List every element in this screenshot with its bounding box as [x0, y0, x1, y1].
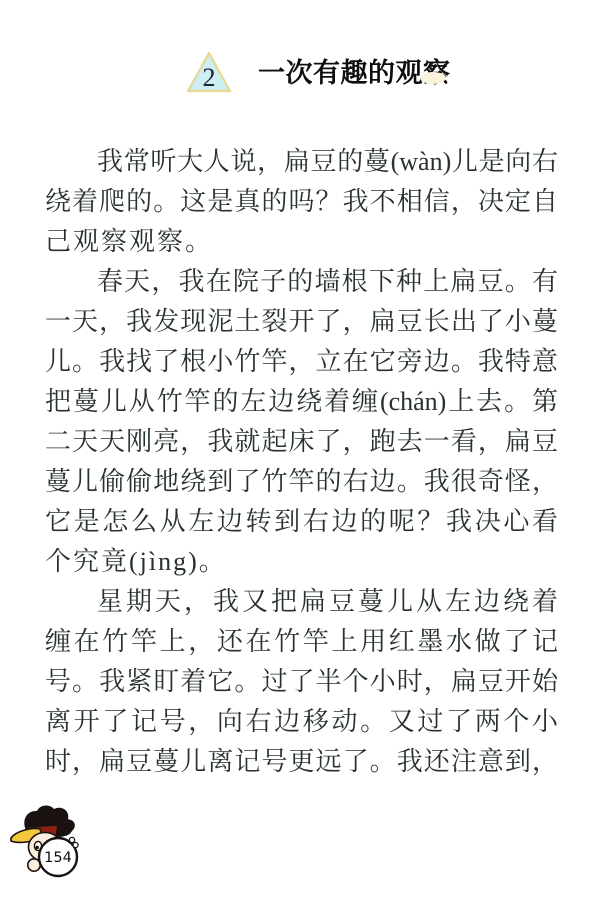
text-line: 二天天刚亮，我就起床了，跑去一看，扁豆: [45, 422, 558, 462]
text-line: 把蔓儿从竹竿的左边绕着缠(chán)上去。第: [45, 382, 558, 422]
text-line: 绕着爬的。这是真的吗？我不相信，决定自: [45, 182, 558, 222]
finger: [73, 842, 78, 847]
triangle-lesson-badge-icon: 2: [186, 50, 232, 94]
paragraph: 我常听大人说，扁豆的蔓(wàn)儿是向右 绕着爬的。这是真的吗？我不相信，决定自…: [45, 142, 558, 262]
text-line: 我常听大人说，扁豆的蔓(wàn)儿是向右: [45, 142, 558, 182]
boy-with-visor-peeking-icon: 154: [8, 800, 92, 884]
text-line: 春天，我在院子的墙根下种上扁豆。有: [45, 262, 558, 302]
text-line: 儿。我找了根小竹竿，立在它旁边。我特意: [45, 342, 558, 382]
text-line: 一天，我发现泥土裂开了，扁豆长出了小蔓: [45, 302, 558, 342]
lesson-header: 2 一次有趣的观察: [0, 48, 600, 96]
text-line: 蔓儿偷偷地绕到了竹竿的右边。我很奇怪，: [45, 462, 558, 502]
text-line: 个究竟(jìng)。: [45, 542, 558, 582]
hair-tuft: [66, 820, 75, 832]
finger: [69, 837, 74, 842]
lesson-title: 一次有趣的观察: [258, 48, 451, 96]
text-line: 它是怎么从左边转到右边的呢？我决心看: [45, 502, 558, 542]
text-line: 己观察观察。: [45, 222, 558, 262]
text-line: 星期天，我又把扁豆蔓儿从左边绕着: [45, 582, 558, 622]
lesson-text: 我常听大人说，扁豆的蔓(wàn)儿是向右 绕着爬的。这是真的吗？我不相信，决定自…: [45, 142, 558, 782]
lesson-number: 2: [203, 63, 216, 92]
scan-smudge: [420, 72, 446, 84]
paragraph: 春天，我在院子的墙根下种上扁豆。有 一天，我发现泥土裂开了，扁豆长出了小蔓 儿。…: [45, 262, 558, 582]
left-pupil: [36, 846, 39, 849]
text-line: 号。我紧盯着它。过了半个小时，扁豆开始: [45, 662, 558, 702]
text-line: 离开了记号，向右边移动。又过了两个小: [45, 702, 558, 742]
paragraph: 星期天，我又把扁豆蔓儿从左边绕着 缠在竹竿上，还在竹竿上用红墨水做了记 号。我紧…: [45, 582, 558, 782]
page-number: 154: [44, 850, 72, 866]
textbook-page: 2 一次有趣的观察 我常听大人说，扁豆的蔓(wàn)儿是向右 绕着爬的。这是真的…: [0, 0, 600, 901]
text-line: 缠在竹竿上，还在竹竿上用红墨水做了记: [45, 622, 558, 662]
text-line: 时，扁豆蔓儿离记号更远了。我还注意到，: [45, 742, 558, 782]
